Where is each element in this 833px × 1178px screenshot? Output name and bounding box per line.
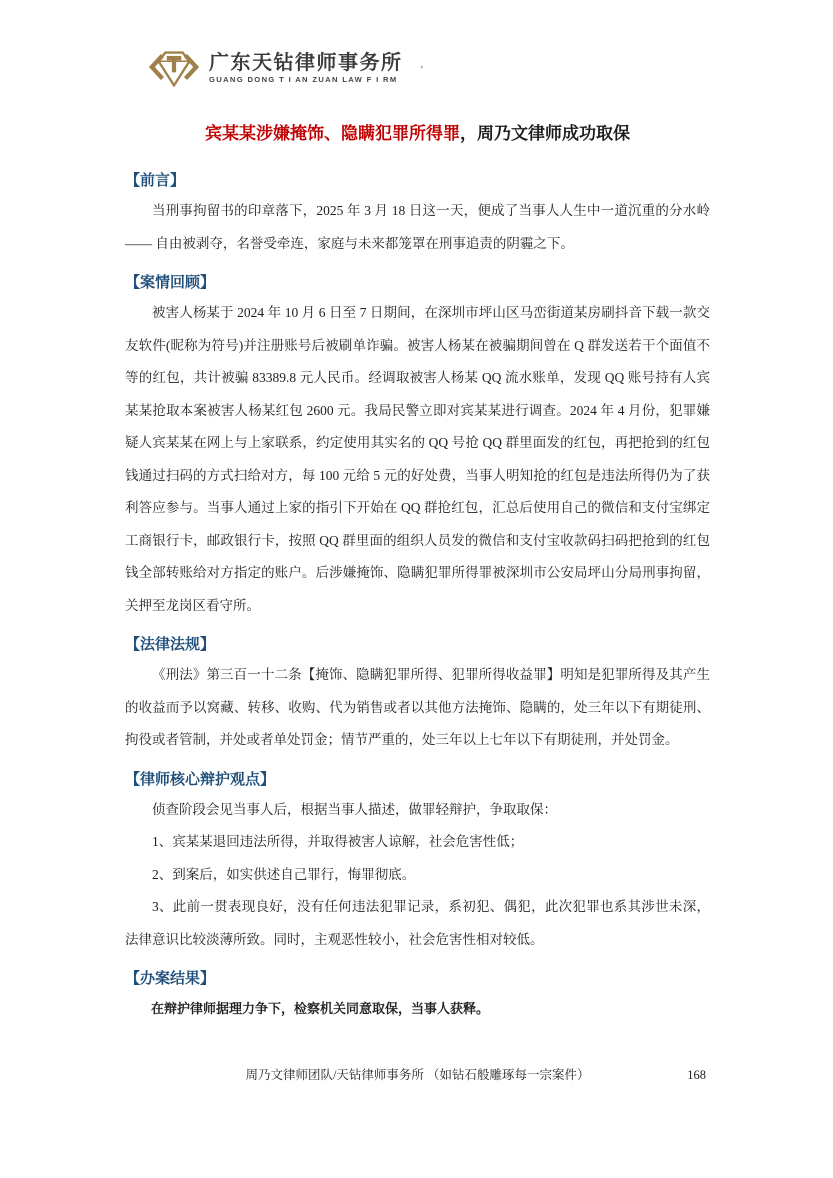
page-title: 宾某某涉嫌掩饰、隐瞒犯罪所得罪，周乃文律师成功取保 bbox=[100, 121, 735, 147]
document-body: 【前言】当刑事拘留书的印章落下，2025 年 3 月 18 日这一天，便成了当事… bbox=[125, 158, 710, 1026]
footer-text: 周乃文律师团队/天钻律师事务所 （如钻石般雕琢每一宗案件） bbox=[125, 1066, 710, 1084]
diamond-T-logo-icon bbox=[148, 46, 200, 90]
paragraph: 被害人杨某于 2024 年 10 月 6 日至 7 日期间，在深圳市坪山区马峦街… bbox=[125, 297, 710, 622]
stray-mark: ’ bbox=[420, 64, 424, 76]
paragraph: 侦查阶段会见当事人后，根据当事人描述，做罪轻辩护，争取取保： bbox=[125, 794, 710, 827]
paragraph: 在辩护律师据理力争下，检察机关同意取保，当事人获释。 bbox=[125, 993, 710, 1026]
page-number: 168 bbox=[687, 1066, 706, 1084]
section-heading: 【法律法规】 bbox=[125, 634, 710, 656]
section-heading: 【案情回顾】 bbox=[125, 272, 710, 294]
document-page: 广东天钻律师事务所 GUANG DONG T I AN ZUAN LAW F I… bbox=[0, 0, 833, 1178]
paragraph: 2、到案后，如实供述自己罪行，悔罪彻底。 bbox=[125, 859, 710, 892]
section-heading: 【律师核心辩护观点】 bbox=[125, 769, 710, 791]
firm-name-en: GUANG DONG T I AN ZUAN LAW F I RM bbox=[209, 76, 403, 84]
page-title-black-part: ，周乃文律师成功取保 bbox=[460, 124, 630, 143]
section-heading: 【前言】 bbox=[125, 170, 710, 192]
paragraph: 《刑法》第三百一十二条【掩饰、隐瞒犯罪所得、犯罪所得收益罪】明知是犯罪所得及其产… bbox=[125, 659, 710, 757]
firm-name-cn: 广东天钻律师事务所 bbox=[209, 53, 403, 73]
paragraph: 当刑事拘留书的印章落下，2025 年 3 月 18 日这一天，便成了当事人人生中… bbox=[125, 195, 710, 260]
law-firm-logo: 广东天钻律师事务所 GUANG DONG T I AN ZUAN LAW F I… bbox=[148, 46, 403, 90]
paragraph: 1、宾某某退回违法所得，并取得被害人谅解，社会危害性低； bbox=[125, 826, 710, 859]
logo-text: 广东天钻律师事务所 GUANG DONG T I AN ZUAN LAW F I… bbox=[209, 53, 403, 84]
paragraph: 3、此前一贯表现良好，没有任何违法犯罪记录，系初犯、偶犯，此次犯罪也系其涉世未深… bbox=[125, 891, 710, 956]
section-heading: 【办案结果】 bbox=[125, 968, 710, 990]
page-title-red-part: 宾某某涉嫌掩饰、隐瞒犯罪所得罪 bbox=[205, 124, 460, 143]
